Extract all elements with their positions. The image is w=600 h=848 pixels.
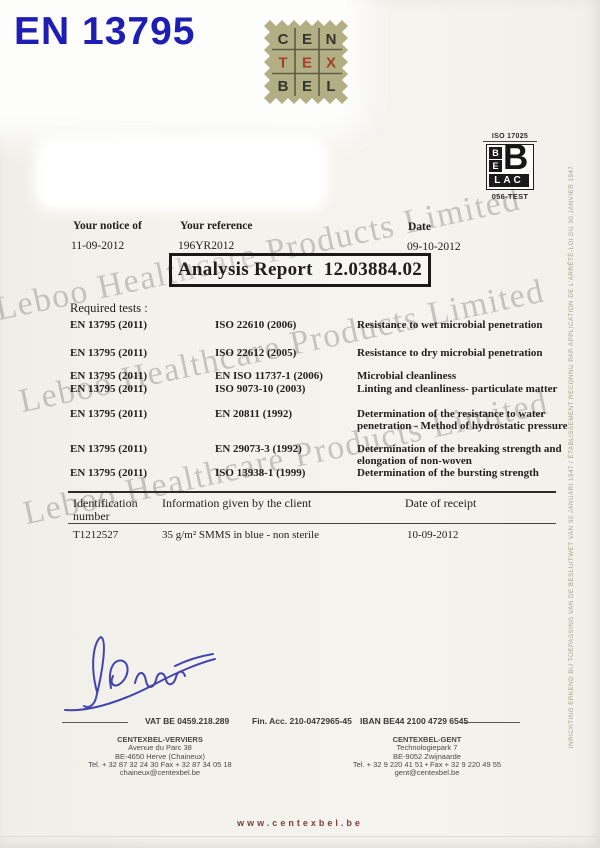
test-standard: EN 13795 (2011)	[70, 468, 147, 480]
svg-text:T: T	[278, 55, 287, 72]
website-url: www.centexbel.be	[0, 818, 600, 828]
test-standard: EN 13795 (2011)	[70, 348, 147, 360]
sample-description: 35 g/m² SMMS in blue - non sterile	[162, 529, 319, 541]
date-label: Date	[408, 221, 431, 233]
svg-text:X: X	[326, 55, 336, 72]
test-description: Determination of the resistance to water…	[357, 409, 569, 432]
footer-rule-left	[62, 722, 128, 723]
notice-label: Your notice of	[73, 220, 142, 232]
handwritten-signature	[55, 628, 223, 720]
scanned-analysis-report: Leboo Healthcare Products Limited Leboo …	[0, 0, 600, 848]
email-address: gent@centexbel.be	[327, 769, 527, 777]
table-top-rule	[68, 491, 556, 493]
svg-text:N: N	[326, 31, 337, 48]
column-header-date-receipt: Date of receipt	[405, 497, 476, 510]
address-verviers: CENTEXBEL-VERVIERS Avenue du Parc 38 BE-…	[60, 736, 260, 777]
test-method: ISO 9073-10 (2003)	[215, 384, 305, 396]
test-description: Linting and cleanliness- particulate mat…	[357, 384, 569, 396]
test-standard: EN 13795 (2011)	[70, 384, 147, 396]
report-date: 09-10-2012	[407, 241, 461, 253]
belac-letters-lac: LAC	[489, 174, 529, 187]
test-method: EN ISO 11737-1 (2006)	[215, 371, 323, 383]
email-address: chaineux@centexbel.be	[60, 769, 260, 777]
test-method: ISO 13938-1 (1999)	[215, 468, 305, 480]
required-tests-heading: Required tests :	[70, 301, 148, 316]
table-header-rule	[68, 523, 556, 524]
test-description: Resistance to wet microbial penetration	[357, 320, 569, 332]
reference-label: Your reference	[180, 220, 253, 232]
vat-number: VAT BE 0459.218.289	[145, 716, 229, 726]
footer-rule-right	[464, 722, 520, 723]
legal-margin-note: INRICHTING ERKEND BIJ TOEPASSING VAN DE …	[568, 157, 578, 757]
svg-text:B: B	[278, 78, 289, 95]
notice-date: 11-09-2012	[71, 240, 124, 252]
reference-number: 196YR2012	[178, 240, 234, 252]
svg-text:E: E	[302, 55, 312, 72]
belac-letter-b: B	[489, 147, 502, 159]
column-header-client-info: Information given by the client	[162, 497, 311, 510]
svg-text:E: E	[302, 31, 312, 48]
belac-emblem: B E B LAC	[486, 144, 534, 190]
fin-account: Fin. Acc. 210-0472965-45	[252, 716, 352, 726]
test-method: ISO 22610 (2006)	[215, 320, 296, 332]
belac-big-b-icon: B	[503, 138, 528, 178]
accreditation-number: 056-TEST	[483, 192, 537, 201]
svg-text:L: L	[326, 78, 335, 95]
bottom-divider	[0, 836, 600, 837]
test-standard: EN 13795 (2011)	[70, 444, 147, 456]
sample-id: T1212527	[73, 529, 118, 541]
test-description: Determination of the bursting strength	[357, 468, 569, 480]
test-description: Resistance to dry microbial penetration	[357, 348, 569, 360]
test-standard: EN 13795 (2011)	[70, 409, 147, 421]
test-description: Determination of the breaking strength a…	[357, 444, 569, 467]
test-standard: EN 13795 (2011)	[70, 320, 147, 332]
centexbel-stamp-logo: C E N T E X B E L	[264, 20, 350, 104]
svg-text:E: E	[302, 78, 312, 95]
svg-text:C: C	[278, 31, 289, 48]
test-method: ISO 22612 (2005)	[215, 348, 296, 360]
standard-code-title: EN 13795	[14, 10, 195, 54]
address-gent: CENTEXBEL-GENT Technologiepark 7 BE-9052…	[327, 736, 527, 777]
redacted-address-box	[42, 144, 320, 204]
sample-receipt-date: 10-09-2012	[407, 529, 458, 541]
report-number: 12.03884.02	[324, 259, 422, 281]
iban-number: IBAN BE44 2100 4729 6545	[360, 716, 468, 726]
belac-accreditation-logo: ISO 17025 B E B LAC 056-TEST	[483, 133, 537, 201]
report-title-box: Analysis Report 12.03884.02	[169, 253, 431, 287]
test-method: EN 29073-3 (1992)	[215, 444, 302, 456]
report-title: Analysis Report	[178, 259, 313, 281]
test-description: Microbial cleanliness	[357, 371, 569, 383]
test-standard: EN 13795 (2011)	[70, 371, 147, 383]
column-header-identification: Identification number	[73, 497, 159, 523]
belac-letter-e: E	[489, 160, 502, 172]
test-method: EN 20811 (1992)	[215, 409, 292, 421]
